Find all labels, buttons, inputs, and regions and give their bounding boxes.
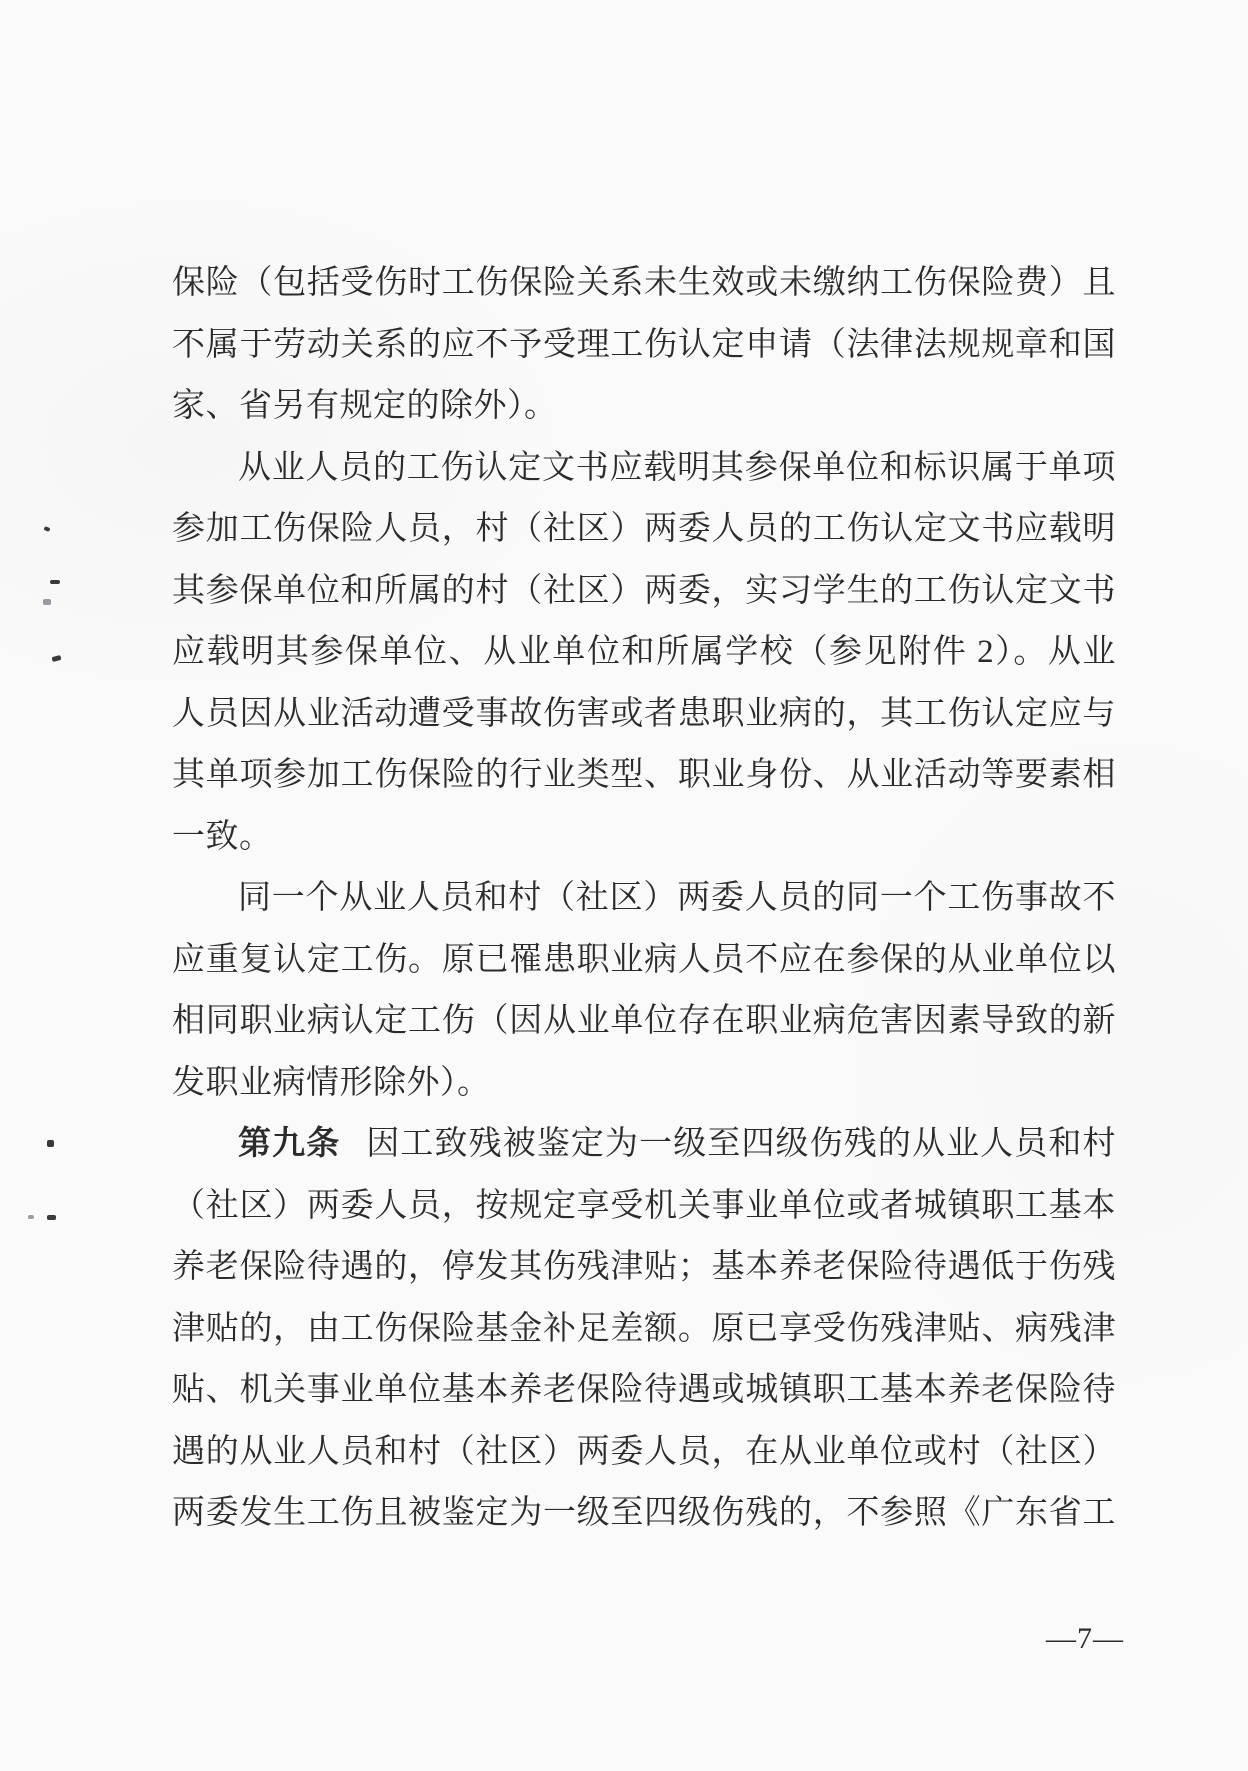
ink-speck	[28, 1215, 34, 1219]
text-line: 津贴的，由工伤保险基金补足差额。原已享受伤残津贴、病残津	[172, 1299, 1116, 1361]
text-line: 保险（包括受伤时工伤保险关系未生效或未缴纳工伤保险费）且	[172, 253, 1116, 315]
text-line: 发职业病情形除外）。	[172, 1053, 1116, 1115]
text-line: 其参保单位和所属的村（社区）两委，实习学生的工伤认定文书	[172, 561, 1116, 623]
text-line: 不属于劳动关系的应不予受理工伤认定申请（法律法规规章和国	[172, 315, 1116, 377]
text-line: 养老保险待遇的，停发其伤残津贴；基本养老保险待遇低于伤残	[172, 1237, 1116, 1299]
text-line: 同一个从业人员和村（社区）两委人员的同一个工伤事故不	[172, 868, 1116, 930]
text-line-article-9: 第九条因工致残被鉴定为一级至四级伤残的从业人员和村	[172, 1114, 1116, 1176]
document-body: 保险（包括受伤时工伤保险关系未生效或未缴纳工伤保险费）且 不属于劳动关系的应不予…	[172, 253, 1116, 1545]
ink-speck	[50, 580, 60, 584]
text-line: 家、省另有规定的除外）。	[172, 376, 1116, 438]
ink-speck	[43, 526, 50, 532]
text-line: 从业人员的工伤认定文书应载明其参保单位和标识属于单项	[172, 438, 1116, 500]
text-line: 相同职业病认定工伤（因从业单位存在职业病危害因素导致的新	[172, 991, 1116, 1053]
text-line: 应载明其参保单位、从业单位和所属学校（参见附件 2）。从业	[172, 622, 1116, 684]
ink-speck	[52, 655, 62, 662]
ink-speck	[47, 1140, 54, 1147]
text-line: （社区）两委人员，按规定享受机关事业单位或者城镇职工基本	[172, 1176, 1116, 1238]
text-line: 一致。	[172, 807, 1116, 869]
text-line: 应重复认定工伤。原已罹患职业病人员不应在参保的从业单位以	[172, 930, 1116, 992]
text-line: 遇的从业人员和村（社区）两委人员，在从业单位或村（社区）	[172, 1422, 1116, 1484]
ink-speck	[47, 1215, 56, 1220]
article-number-label: 第九条	[238, 1126, 340, 1162]
text-line: 参加工伤保险人员，村（社区）两委人员的工伤认定文书应载明	[172, 499, 1116, 561]
text-line: 两委发生工伤且被鉴定为一级至四级伤残的，不参照《广东省工	[172, 1483, 1116, 1545]
text-line: 其单项参加工伤保险的行业类型、职业身份、从业活动等要素相	[172, 745, 1116, 807]
text-line: 人员因从业活动遭受事故伤害或者患职业病的，其工伤认定应与	[172, 684, 1116, 746]
scanned-document-page: 保险（包括受伤时工伤保险关系未生效或未缴纳工伤保险费）且 不属于劳动关系的应不予…	[0, 0, 1248, 1771]
page-number: —7—	[1046, 1622, 1124, 1656]
ink-speck	[43, 599, 51, 605]
text-line: 贴、机关事业单位基本养老保险待遇或城镇职工基本养老保险待	[172, 1360, 1116, 1422]
